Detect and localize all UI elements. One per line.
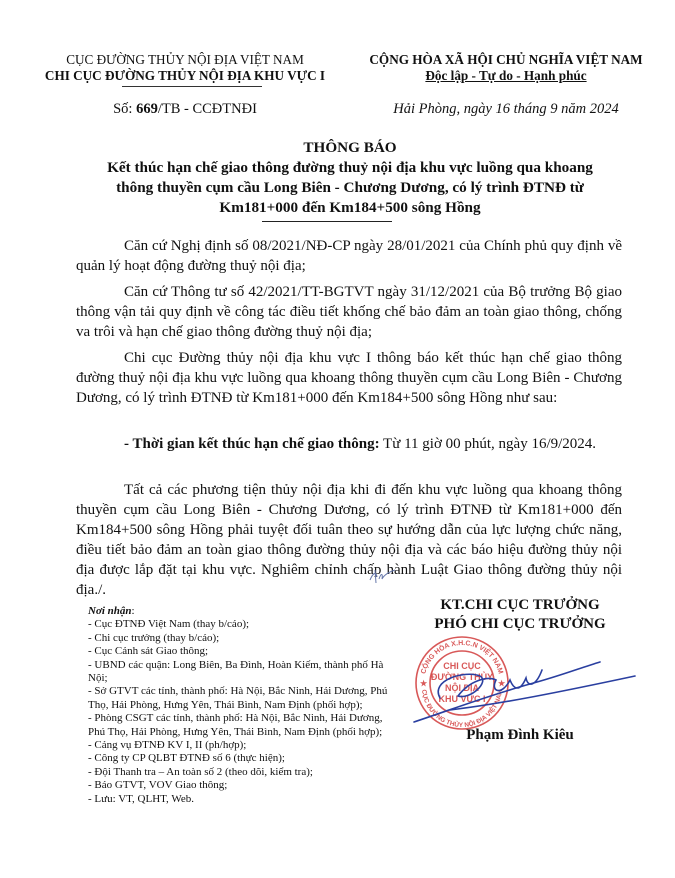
recipients-list: Nơi nhận: - Cục ĐTNĐ Việt Nam (thay b/cá… [88, 605, 388, 806]
end-time-value: Từ 11 giờ 00 phút, ngày 16/9/2024. [380, 436, 596, 452]
number-suffix: /TB - CCĐTNĐI [158, 101, 257, 117]
number-value: 669 [136, 101, 158, 117]
title-heading: THÔNG BÁO [60, 138, 640, 158]
signature-line-1: KT.CHI CỤC TRƯỞNG [400, 596, 640, 615]
document-number: Số: 669/TB - CCĐTNĐI [40, 101, 330, 118]
recipient-item: - Sở GTVT các tỉnh, thành phố: Hà Nội, B… [88, 685, 388, 712]
issuing-agency-block: CỤC ĐƯỜNG THỦY NỘI ĐỊA VIỆT NAM CHI CỤC … [40, 52, 330, 84]
agency-underline [122, 86, 262, 87]
paragraph-text: Chi cục Đường thủy nội địa khu vực I thô… [76, 348, 622, 408]
recipient-item: - UBND các quận: Long Biên, Ba Đình, Hoà… [88, 659, 388, 686]
recipient-item: - Công ty CP QLBT ĐTNĐ số 6 (thực hiện); [88, 752, 388, 765]
national-motto: Độc lập - Tự do - Hạnh phúc [356, 68, 656, 84]
place-date: Hải Phòng, ngày 16 tháng 9 năm 2024 [356, 101, 656, 118]
recipients-items: - Cục ĐTNĐ Việt Nam (thay b/cáo);- Chi c… [88, 618, 388, 806]
recipients-colon: : [132, 605, 135, 617]
paragraph-text: Căn cứ Thông tư số 42/2021/TT-BGTVT ngày… [76, 282, 622, 342]
title-rule [262, 221, 392, 222]
country-name: CỘNG HÒA XÃ HỘI CHỦ NGHĨA VIỆT NAM [356, 52, 656, 68]
handwritten-signature-icon [410, 640, 640, 730]
signature-line-2: PHÓ CHI CỤC TRƯỞNG [400, 615, 640, 634]
recipient-item: - Cục Cảnh sát Giao thông; [88, 645, 388, 658]
body-paragraph-2: Căn cứ Thông tư số 42/2021/TT-BGTVT ngày… [76, 282, 622, 342]
recipient-item: - Lưu: VT, QLHT, Web. [88, 793, 388, 806]
title-subject-3: Km181+000 đến Km184+500 sông Hồng [60, 198, 640, 218]
recipient-item: - Đội Thanh tra – An toàn số 2 (theo dõi… [88, 766, 388, 779]
issuing-agency: CHI CỤC ĐƯỜNG THỦY NỘI ĐỊA KHU VỰC I [40, 68, 330, 84]
paragraph-text: Tất cả các phương tiện thủy nội địa khi … [76, 480, 622, 600]
title-subject-1: Kết thúc hạn chế giao thông đường thuỷ n… [60, 158, 640, 178]
initials-mark-icon [367, 567, 397, 585]
national-title-block: CỘNG HÒA XÃ HỘI CHỦ NGHĨA VIỆT NAM Độc l… [356, 52, 656, 84]
recipient-item: - Báo GTVT, VOV Giao thông; [88, 779, 388, 792]
title-subject-2: thông thuyền cụm cầu Long Biên - Chương … [60, 178, 640, 198]
paragraph-text: Căn cứ Nghị định số 08/2021/NĐ-CP ngày 2… [76, 236, 622, 276]
paragraph-text: - Thời gian kết thúc hạn chế giao thông:… [76, 434, 622, 454]
body-paragraph-5: Tất cả các phương tiện thủy nội địa khi … [76, 480, 622, 600]
recipients-heading-text: Nơi nhận [88, 605, 132, 617]
body-paragraph-3: Chi cục Đường thủy nội địa khu vực I thô… [76, 348, 622, 408]
number-prefix: Số: [113, 101, 136, 117]
signature-title: KT.CHI CỤC TRƯỞNG PHÓ CHI CỤC TRƯỞNG [400, 596, 640, 634]
recipient-item: - Phòng CSGT các tỉnh, thành phố: Hà Nội… [88, 712, 388, 739]
signer-name: Phạm Đình Kiêu [400, 727, 640, 744]
recipient-item: - Cục ĐTNĐ Việt Nam (thay b/cáo); [88, 618, 388, 631]
body-paragraph-4: - Thời gian kết thúc hạn chế giao thông:… [76, 434, 622, 454]
body-paragraph-1: Căn cứ Nghị định số 08/2021/NĐ-CP ngày 2… [76, 236, 622, 276]
parent-agency: CỤC ĐƯỜNG THỦY NỘI ĐỊA VIỆT NAM [40, 52, 330, 68]
recipient-item: - Cảng vụ ĐTNĐ KV I, II (ph/hợp); [88, 739, 388, 752]
recipients-heading: Nơi nhận: [88, 605, 388, 618]
recipient-item: - Chi cục trưởng (thay b/cáo); [88, 632, 388, 645]
end-time-label: - Thời gian kết thúc hạn chế giao thông: [124, 436, 380, 452]
document-title: THÔNG BÁO Kết thúc hạn chế giao thông đư… [60, 138, 640, 218]
